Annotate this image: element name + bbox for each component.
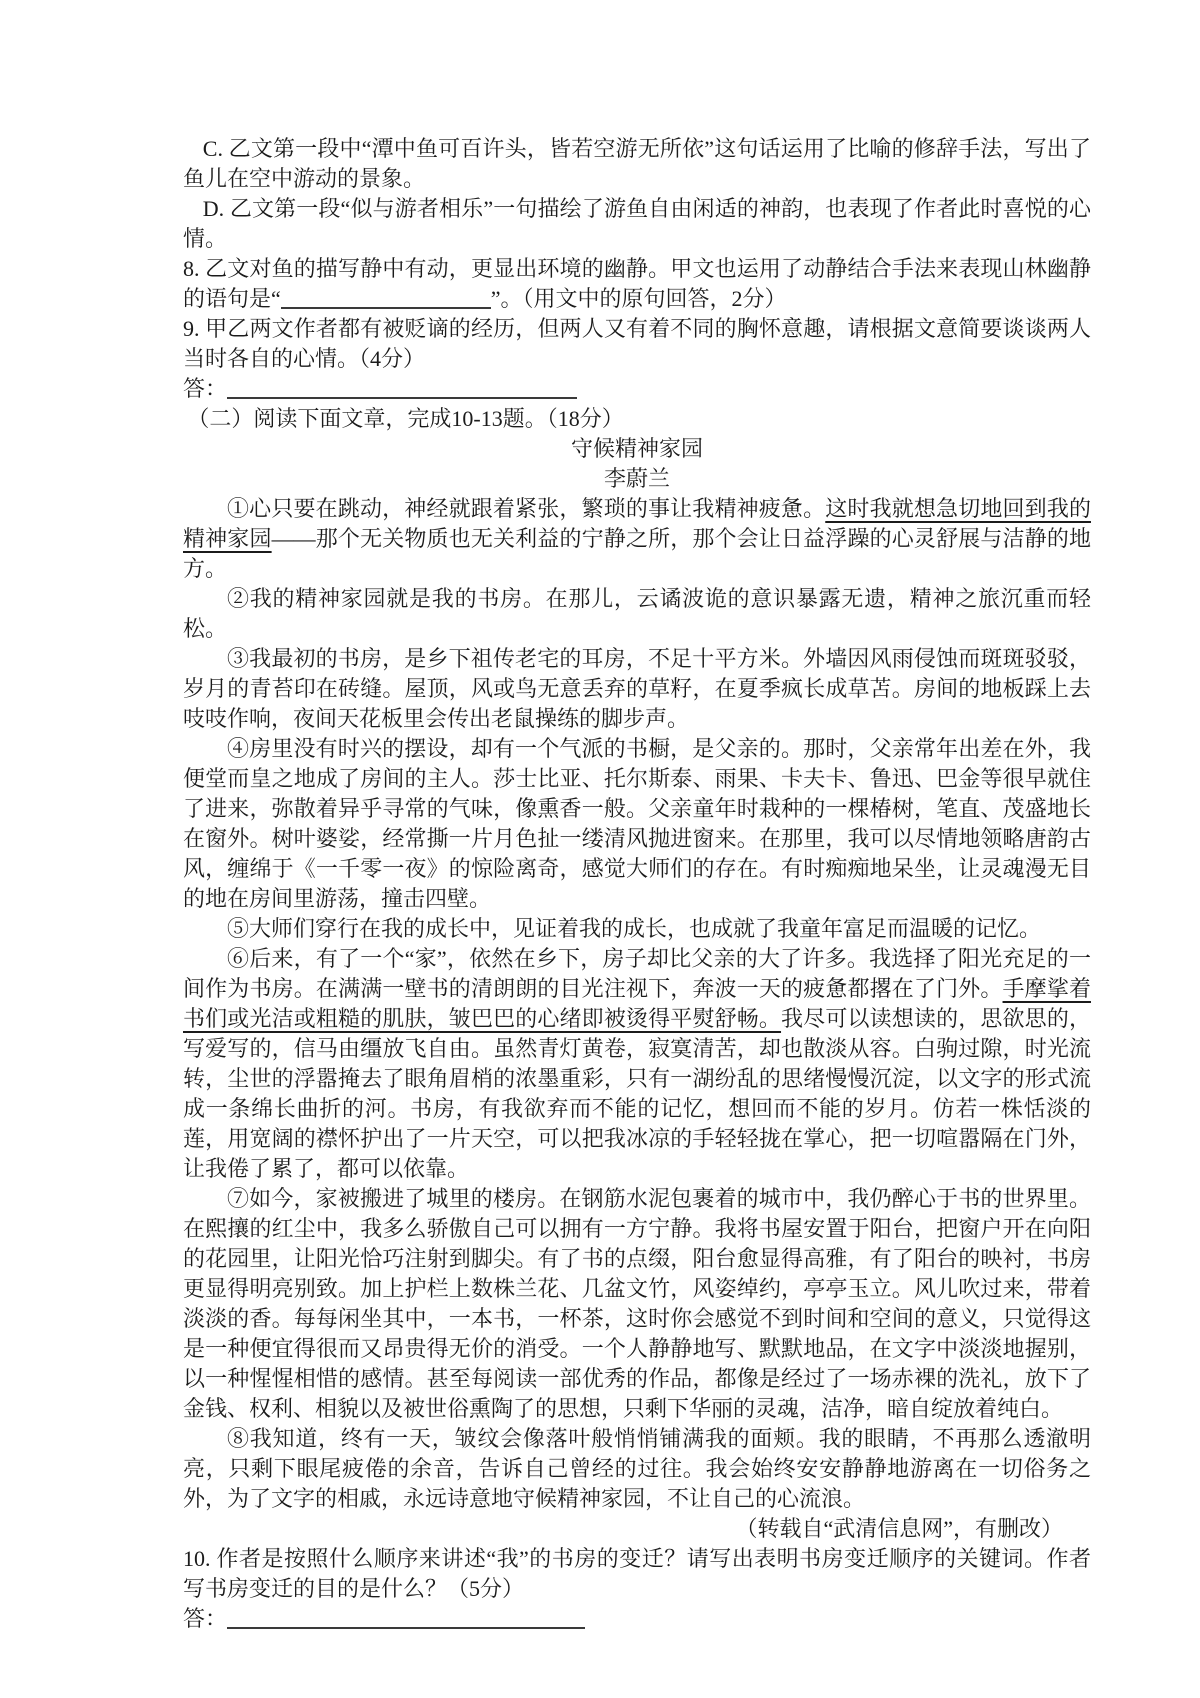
text-run: 10. 作者是按照什么顺序来讲述“我”的书房的变迁？请写出表明书房变迁顺序的关键…: [183, 1546, 1091, 1601]
article-paragraph-3: ③我最初的书房，是乡下祖传老宅的耳房，不足十平方米。外墙因风雨侵蚀而斑斑驳驳，岁…: [183, 644, 1091, 734]
article-title: 守候精神家园: [183, 434, 1091, 464]
text-run: 守候精神家园: [571, 436, 703, 461]
section-2-heading: （二）阅读下面文章，完成10-13题。（18分）: [183, 404, 1091, 434]
article-source: （转载自“武清信息网”，有删改）: [183, 1514, 1091, 1544]
exam-page: C. 乙文第一段中“潭中鱼可百许头，皆若空游无所依”这句话运用了比喻的修辞手法，…: [0, 0, 1200, 1698]
article-paragraph-4: ④房里没有时兴的摆设，却有一个气派的书橱，是父亲的。那时，父亲常年出差在外，我便…: [183, 734, 1091, 914]
article-paragraph-5: ⑤大师们穿行在我的成长中，见证着我的成长，也成就了我童年富足而温暖的记忆。: [183, 914, 1091, 944]
text-run: C. 乙文第一段中“潭中鱼可百许头，皆若空游无所依”这句话运用了比喻的修辞手法，…: [183, 136, 1091, 191]
question-10: 10. 作者是按照什么顺序来讲述“我”的书房的变迁？请写出表明书房变迁顺序的关键…: [183, 1544, 1091, 1604]
text-run: ⑤大师们穿行在我的成长中，见证着我的成长，也成就了我童年富足而温暖的记忆。: [227, 916, 1041, 941]
article-author: 李蔚兰: [183, 464, 1091, 494]
article-paragraph-8: ⑧我知道，终有一天，皱纹会像落叶般悄悄铺满我的面颊。我的眼睛，不再那么透澈明亮，…: [183, 1424, 1091, 1514]
question-9: 9. 甲乙两文作者都有被贬谪的经历，但两人又有着不同的胸怀意趣，请根据文意简要谈…: [183, 314, 1091, 374]
text-run: ——那个无关物质也无关利益的宁静之所，那个会让日益浮躁的心灵舒展与洁静的地方。: [183, 526, 1091, 581]
text-run: ②我的精神家园就是我的书房。在那儿，云谲波诡的意识暴露无遗，精神之旅沉重而轻松。: [183, 586, 1091, 641]
article-paragraph-1: ①心只要在跳动，神经就跟着紧张，繁琐的事让我精神疲惫。这时我就想急切地回到我的精…: [183, 494, 1091, 584]
option-c: C. 乙文第一段中“潭中鱼可百许头，皆若空游无所依”这句话运用了比喻的修辞手法，…: [183, 134, 1091, 194]
text-run: 答：: [183, 376, 227, 401]
answer-blank: [281, 287, 491, 309]
answer-blank: [227, 1607, 585, 1629]
text-run: ⑥后来，有了一个“家”，依然在乡下，房子却比父亲的大了许多。我选择了阳光充足的一…: [183, 946, 1091, 1001]
text-run: ④房里没有时兴的摆设，却有一个气派的书橱，是父亲的。那时，父亲常年出差在外，我便…: [183, 736, 1091, 911]
article-paragraph-2: ②我的精神家园就是我的书房。在那儿，云谲波诡的意识暴露无遗，精神之旅沉重而轻松。: [183, 584, 1091, 644]
text-run: ⑧我知道，终有一天，皱纹会像落叶般悄悄铺满我的面颊。我的眼睛，不再那么透澈明亮，…: [183, 1426, 1091, 1511]
article-paragraph-7: ⑦如今，家被搬进了城里的楼房。在钢筋水泥包裹着的城市中，我仍醉心于书的世界里。在…: [183, 1184, 1091, 1424]
document-body: C. 乙文第一段中“潭中鱼可百许头，皆若空游无所依”这句话运用了比喻的修辞手法，…: [183, 134, 1091, 1634]
text-run: ①心只要在跳动，神经就跟着紧张，繁琐的事让我精神疲惫。: [227, 496, 825, 521]
text-run: （二）阅读下面文章，完成10-13题。（18分）: [187, 406, 623, 431]
answer-blank: [227, 377, 577, 399]
answer-line-10: 答：: [183, 1604, 1091, 1634]
text-run: 答：: [183, 1606, 227, 1631]
answer-line-9: 答：: [183, 374, 1091, 404]
option-d: D. 乙文第一段“似与游者相乐”一句描绘了游鱼自由闲适的神韵，也表现了作者此时喜…: [183, 194, 1091, 254]
text-run: ”。（用文中的原句回答，2分）: [491, 286, 787, 311]
text-run: ③我最初的书房，是乡下祖传老宅的耳房，不足十平方米。外墙因风雨侵蚀而斑斑驳驳，岁…: [183, 646, 1091, 731]
text-run: 李蔚兰: [604, 466, 670, 491]
text-run: D. 乙文第一段“似与游者相乐”一句描绘了游鱼自由闲适的神韵，也表现了作者此时喜…: [183, 196, 1091, 251]
text-run: ⑦如今，家被搬进了城里的楼房。在钢筋水泥包裹着的城市中，我仍醉心于书的世界里。在…: [183, 1186, 1091, 1421]
question-8: 8. 乙文对鱼的描写静中有动，更显出环境的幽静。甲文也运用了动静结合手法来表现山…: [183, 254, 1091, 314]
text-run: （转载自“武清信息网”，有删改）: [735, 1516, 1063, 1541]
article-paragraph-6: ⑥后来，有了一个“家”，依然在乡下，房子却比父亲的大了许多。我选择了阳光充足的一…: [183, 944, 1091, 1184]
text-run: 9. 甲乙两文作者都有被贬谪的经历，但两人又有着不同的胸怀意趣，请根据文意简要谈…: [183, 316, 1091, 371]
text-run: 我尽可以读想读的，思欲思的，写爱写的，信马由缰放飞自由。虽然青灯黄卷，寂寞清苦，…: [183, 1006, 1091, 1181]
